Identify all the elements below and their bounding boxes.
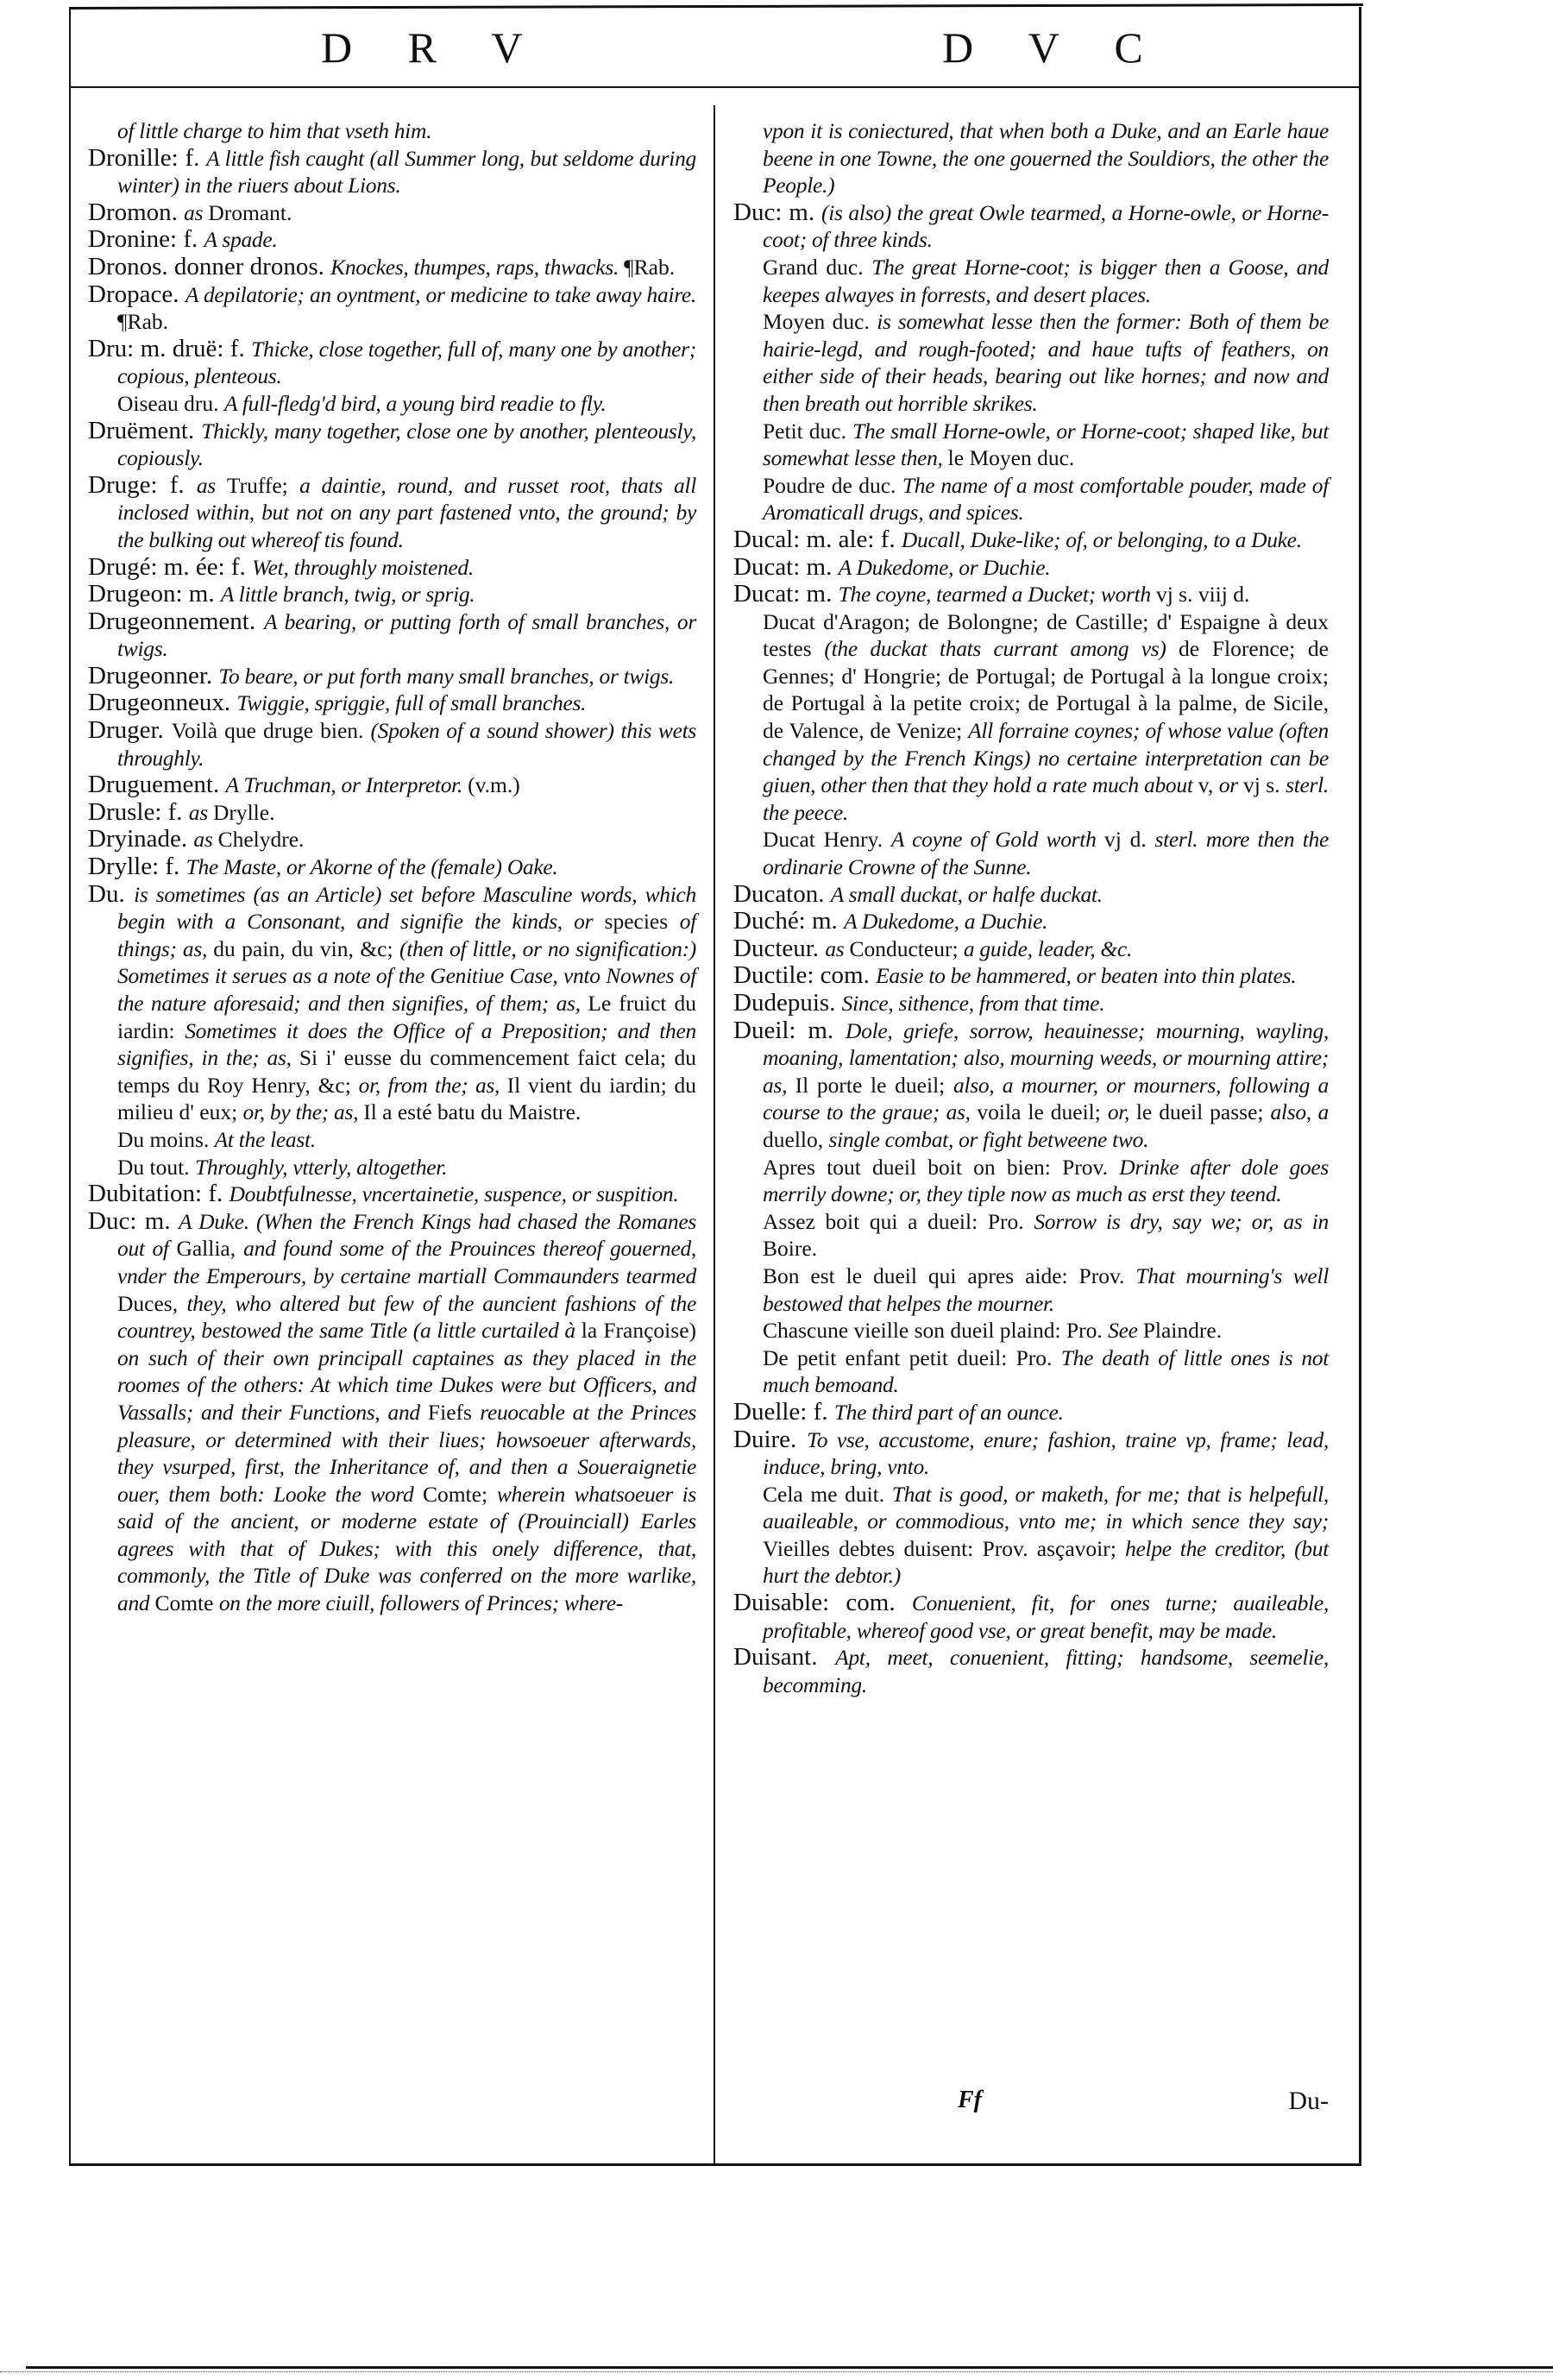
french-text: Boire. (763, 1236, 817, 1261)
dictionary-entry: Duisable: com. Conuenient, fit, for ones… (733, 1590, 1329, 1644)
english-gloss: vpon it is coniectured, that when both a… (763, 118, 1329, 198)
headword: Dronos. donner dronos. (88, 253, 330, 280)
english-gloss: single combat, or fight betweene two. (829, 1127, 1149, 1152)
english-gloss: or (1219, 772, 1243, 797)
english-gloss: To beare, or put forth many small branch… (218, 664, 674, 689)
headword: Druëment. (88, 417, 201, 444)
dictionary-subentry: Assez boit qui a dueil: Pro. Sorrow is d… (733, 1208, 1329, 1262)
french-text: Plaindre. (1143, 1318, 1222, 1343)
dictionary-entry: Dronos. donner dronos. Knockes, thumpes,… (88, 254, 696, 281)
headword: Druge: f. (88, 471, 197, 499)
english-gloss: Throughly, vtterly, altogether. (195, 1155, 447, 1180)
english-gloss: Since, sithence, from that time. (842, 991, 1105, 1016)
french-text: Moyen duc. (763, 309, 877, 334)
header-right-guideword: D V C (942, 22, 1166, 72)
headword: Drugé: m. ée: f. (88, 553, 252, 581)
dictionary-entry: Drugeonner. To beare, or put forth many … (88, 663, 696, 690)
french-text: Duces, (117, 1291, 186, 1316)
french-text: (v.m.) (468, 772, 520, 797)
english-gloss: See (1108, 1318, 1143, 1343)
french-text: Poudre de duc. (763, 473, 902, 498)
english-gloss: Twiggie, spriggie, full of small branche… (236, 690, 586, 715)
french-text: Conducteur; (849, 936, 963, 961)
headword: Duc: m. (88, 1207, 179, 1235)
headword: Duché: m. (733, 907, 844, 935)
english-gloss: A depilatorie; an oyntment, or medicine … (185, 282, 696, 307)
dictionary-entry: Drusle: f. as Drylle. (88, 799, 696, 827)
headword: Ducat: m. (733, 580, 839, 608)
french-text: Bon est le dueil qui apres aide: Prov. (763, 1263, 1135, 1288)
english-gloss: (the duckat thats currant among vs) (824, 636, 1179, 661)
dictionary-subentry: Oiseau dru. A full-fledg'd bird, a young… (88, 390, 696, 418)
english-gloss: A Truchman, or Interpretor. (225, 772, 468, 797)
dictionary-subentry: Grand duc. The great Horne-coot; is bigg… (733, 254, 1329, 308)
dictionary-continuation: of little charge to him that vseth him. (88, 117, 696, 145)
french-text: duello, (763, 1127, 829, 1152)
headword: Dromon. (88, 198, 184, 226)
headword: Duc: m. (733, 198, 821, 226)
headword: Duisant. (733, 1643, 835, 1671)
headword: Druger. (88, 716, 172, 744)
running-header: D R V D V C (71, 7, 1359, 88)
dictionary-entry: Ducal: m. ale: f. Ducall, Duke-like; of,… (733, 526, 1329, 554)
dictionary-entry: Druger. Voilà que druge bien. (Spoken of… (88, 717, 696, 771)
french-text: Truffe; (227, 473, 299, 498)
dictionary-entry: Ducteur. as Conducteur; a guide, leader,… (733, 935, 1329, 963)
english-gloss: Sorrow is dry, say we; or, as in (1034, 1209, 1329, 1234)
english-gloss: A Dukedome, or Duchie. (839, 555, 1051, 580)
french-text: Voilà que druge bien. (172, 718, 371, 743)
dictionary-entry: Dropace. A depilatorie; an oyntment, or … (88, 281, 696, 336)
headword: Dronille: f. (88, 144, 206, 172)
french-text: Chascune vieille son dueil plaind: Pro. (763, 1318, 1108, 1343)
french-text: Cela me duit. (763, 1482, 892, 1507)
french-text: Petit duc. (763, 419, 852, 444)
dictionary-entry: Druge: f. as Truffe; a daintie, round, a… (88, 472, 696, 554)
bottom-scan-edge (0, 2371, 1553, 2372)
english-gloss: also, a (1270, 1099, 1329, 1124)
headword: Ducaton. (733, 880, 831, 908)
dictionary-subentry: Bon est le dueil qui apres aide: Prov. T… (733, 1262, 1329, 1317)
dictionary-entry: Duisant. Apt, meet, conuenient, fitting;… (733, 1644, 1329, 1698)
dictionary-entry: Duire. To vse, accustome, enure; fashion… (733, 1426, 1329, 1481)
dictionary-entry: Duelle: f. The third part of an ounce. (733, 1399, 1329, 1426)
catchword: Du- (1288, 2087, 1329, 2116)
dictionary-entry: Drugé: m. ée: f. Wet, throughly moistene… (88, 554, 696, 582)
french-text: vj s. (1243, 772, 1286, 797)
english-gloss: A coyne of Gold worth (891, 827, 1104, 852)
english-gloss: Knockes, thumpes, raps, thwacks. (330, 255, 624, 280)
french-text: Du moins. (117, 1127, 215, 1152)
french-text: Gallia, (176, 1236, 243, 1261)
headword: Du. (88, 880, 134, 908)
french-text: Ducat Henry. (763, 827, 891, 852)
dictionary-entry: Dubitation: f. Doubtfulnesse, vncertaine… (88, 1181, 696, 1208)
dictionary-subentry: Moyen duc. is somewhat lesse then the fo… (733, 308, 1329, 417)
dictionary-entry: Duché: m. A Dukedome, a Duchie. (733, 908, 1329, 935)
headword: Drugeon: m. (88, 580, 221, 608)
english-gloss: as (193, 827, 217, 852)
dictionary-entry: Dronille: f. A little fish caught (all S… (88, 145, 696, 199)
headword: Duisable: com. (733, 1589, 912, 1616)
dictionary-subentry: Ducat Henry. A coyne of Gold worth vj d.… (733, 826, 1329, 880)
headword: Dru: m. druë: f. (88, 335, 251, 362)
dictionary-subentry: De petit enfant petit dueil: Pro. The de… (733, 1344, 1329, 1399)
headword: Ducteur. (733, 935, 825, 962)
dictionary-subentry: Cela me duit. That is good, or maketh, f… (733, 1481, 1329, 1590)
headword: Dropace. (88, 280, 185, 308)
dictionary-entry: Drylle: f. The Maste, or Akorne of the (… (88, 853, 696, 881)
english-gloss: on the more ciuill, followers of Princes… (219, 1590, 623, 1615)
dictionary-entry: Dromon. as Dromant. (88, 199, 696, 227)
french-text: Apres tout dueil boit on bien: Prov. (763, 1155, 1119, 1180)
bottom-scan-rule (26, 2366, 1553, 2369)
dictionary-entry: Dryinade. as Chelydre. (88, 826, 696, 853)
french-text: Fiefs (428, 1400, 480, 1425)
english-gloss: or, from the; as, (359, 1073, 507, 1098)
dictionary-entry: Dronine: f. A spade. (88, 226, 696, 254)
french-text: vj d. (1104, 827, 1154, 852)
english-gloss: The coyne, tearmed a Ducket; worth (839, 582, 1156, 607)
dictionary-subentry: Chascune vieille son dueil plaind: Pro. … (733, 1317, 1329, 1344)
left-column: of little charge to him that vseth him.D… (88, 117, 696, 1617)
dictionary-entry: Ducaton. A small duckat, or halfe duckat… (733, 881, 1329, 909)
french-text: Comte (154, 1590, 218, 1615)
dictionary-entry: Dru: m. druë: f. Thicke, close together,… (88, 336, 696, 390)
french-text: voila le dueil; (977, 1099, 1107, 1124)
english-gloss: The third part of an ounce. (834, 1400, 1064, 1425)
english-gloss: a guide, leader, &c. (964, 936, 1132, 961)
headword: Ducat: m. (733, 553, 839, 581)
page-frame: D R V D V C of little charge to him that… (69, 7, 1361, 2166)
dictionary-entry: Ducat: m. The coyne, tearmed a Ducket; w… (733, 581, 1329, 608)
english-gloss: Doubtfulnesse, vncertainetie, suspence, … (229, 1181, 679, 1206)
headword: Ductile: com. (733, 961, 876, 989)
french-text: vj s. viij d. (1156, 582, 1249, 607)
french-text: Il a esté batu du Maistre. (363, 1099, 581, 1124)
headword: Dudepuis. (733, 989, 842, 1017)
french-text: le Moyen duc. (948, 445, 1075, 470)
dictionary-entry: Ducat: m. A Dukedome, or Duchie. (733, 554, 1329, 582)
dictionary-entry: Ductile: com. Easie to be hammered, or b… (733, 962, 1329, 990)
headword: Duelle: f. (733, 1398, 834, 1426)
column-divider (714, 105, 715, 2166)
headword: Ducal: m. ale: f. (733, 526, 902, 553)
english-gloss: A spade. (204, 227, 278, 252)
header-left-guideword: D R V (321, 22, 545, 72)
headword: Dronine: f. (88, 225, 204, 253)
english-gloss: A Dukedome, a Duchie. (844, 909, 1047, 934)
dictionary-entry: Drugeon: m. A little branch, twig, or sp… (88, 581, 696, 608)
english-gloss: A small duckat, or halfe duckat. (831, 882, 1103, 907)
english-gloss: as (197, 473, 227, 498)
dictionary-subentry: Ducat d'Aragon; de Bolongne; de Castille… (733, 608, 1329, 827)
dictionary-entry: Duc: m. A Duke. (When the French Kings h… (88, 1208, 696, 1617)
headword: Dubitation: f. (88, 1180, 229, 1207)
french-text: species (605, 909, 680, 934)
english-gloss: or, (1108, 1099, 1136, 1124)
dictionary-subentry: Petit duc. The small Horne-owle, or Horn… (733, 418, 1329, 472)
french-text: Du tout. (117, 1155, 195, 1180)
headword: Dueil: m. (733, 1017, 846, 1044)
dictionary-subentry: Du moins. At the least. (88, 1126, 696, 1154)
english-gloss: Wet, throughly moistened. (252, 555, 474, 580)
english-gloss: as (184, 200, 208, 225)
french-text: ¶Rab. (624, 255, 675, 280)
english-gloss: Ducall, Duke-like; of, or belonging, to … (902, 527, 1302, 552)
dictionary-entry: Drugeonnement. A bearing, or putting for… (88, 608, 696, 663)
dictionary-subentry: Poudre de duc. The name of a most comfor… (733, 472, 1329, 526)
english-gloss: A little branch, twig, or sprig. (221, 582, 475, 607)
english-gloss: The Maste, or Akorne of the (female) Oak… (186, 854, 558, 879)
french-text: du pain, du vin, &c; (213, 936, 399, 961)
english-gloss: as (189, 800, 213, 825)
english-gloss: Thickly, many together, close one by ano… (117, 419, 696, 471)
french-text: Oiseau dru. (117, 391, 224, 416)
english-gloss: A full-fledg'd bird, a young bird readie… (224, 391, 606, 416)
dictionary-subentry: Apres tout dueil boit on bien: Prov. Dri… (733, 1154, 1329, 1208)
headword: Drugeonner. (88, 662, 218, 689)
signature-mark: Ff (958, 2087, 982, 2114)
headword: Druguement. (88, 771, 225, 798)
french-text: Chelydre. (218, 827, 305, 852)
right-column: vpon it is coniectured, that when both a… (733, 117, 1329, 1698)
french-text: Dromant. (208, 200, 292, 225)
headword: Drugeonnement. (88, 608, 264, 635)
french-text: Drylle. (213, 800, 275, 825)
english-gloss: as (825, 936, 849, 961)
headword: Dryinade. (88, 825, 193, 853)
dictionary-entry: Drugeonneux. Twiggie, spriggie, full of … (88, 689, 696, 717)
french-text: Comte; (423, 1482, 497, 1507)
french-text: Grand duc. (763, 255, 871, 280)
dictionary-entry: Druëment. Thickly, many together, close … (88, 418, 696, 472)
page-footer: Ff Du- (733, 2087, 1329, 2121)
french-text: Assez boit qui a dueil: Pro. (763, 1209, 1034, 1234)
dictionary-entry: Dueil: m. Dole, griefe, sorrow, heauines… (733, 1017, 1329, 1154)
dictionary-subentry: Du tout. Throughly, vtterly, altogether. (88, 1154, 696, 1181)
english-gloss: At the least. (215, 1127, 316, 1152)
french-text: ¶Rab. (117, 309, 168, 334)
french-text: De petit enfant petit dueil: Pro. (763, 1345, 1061, 1370)
french-text: v, (1198, 772, 1219, 797)
english-gloss: Easie to be hammered, or beaten into thi… (876, 963, 1296, 988)
dictionary-entry: Du. is sometimes (as an Article) set bef… (88, 881, 696, 1126)
french-text: la Françoise) (582, 1318, 696, 1343)
headword: Drusle: f. (88, 798, 189, 826)
dictionary-entry: Duc: m. (is also) the great Owle tearmed… (733, 199, 1329, 254)
dictionary-entry: Dudepuis. Since, sithence, from that tim… (733, 990, 1329, 1017)
french-text: Vieilles debtes duisent: Prov. asçavoir; (763, 1536, 1125, 1561)
english-gloss: or, by the; as, (243, 1099, 364, 1124)
dictionary-continuation: vpon it is coniectured, that when both a… (733, 117, 1329, 199)
french-text: Il porte le dueil; (795, 1073, 953, 1098)
headword: Drugeonneux. (88, 689, 236, 716)
english-gloss: (is also) the great Owle tearmed, a Horn… (763, 200, 1329, 253)
english-gloss: Apt, meet, conuenient, fitting; handsome… (763, 1645, 1329, 1697)
french-text: le dueil passe; (1136, 1099, 1271, 1124)
dictionary-entry: Druguement. A Truchman, or Interpretor. … (88, 771, 696, 799)
headword: Drylle: f. (88, 853, 186, 880)
english-gloss: of little charge to him that vseth him. (117, 118, 431, 143)
english-gloss: To vse, accustome, enure; fashion, train… (763, 1427, 1329, 1480)
headword: Duire. (733, 1426, 807, 1453)
